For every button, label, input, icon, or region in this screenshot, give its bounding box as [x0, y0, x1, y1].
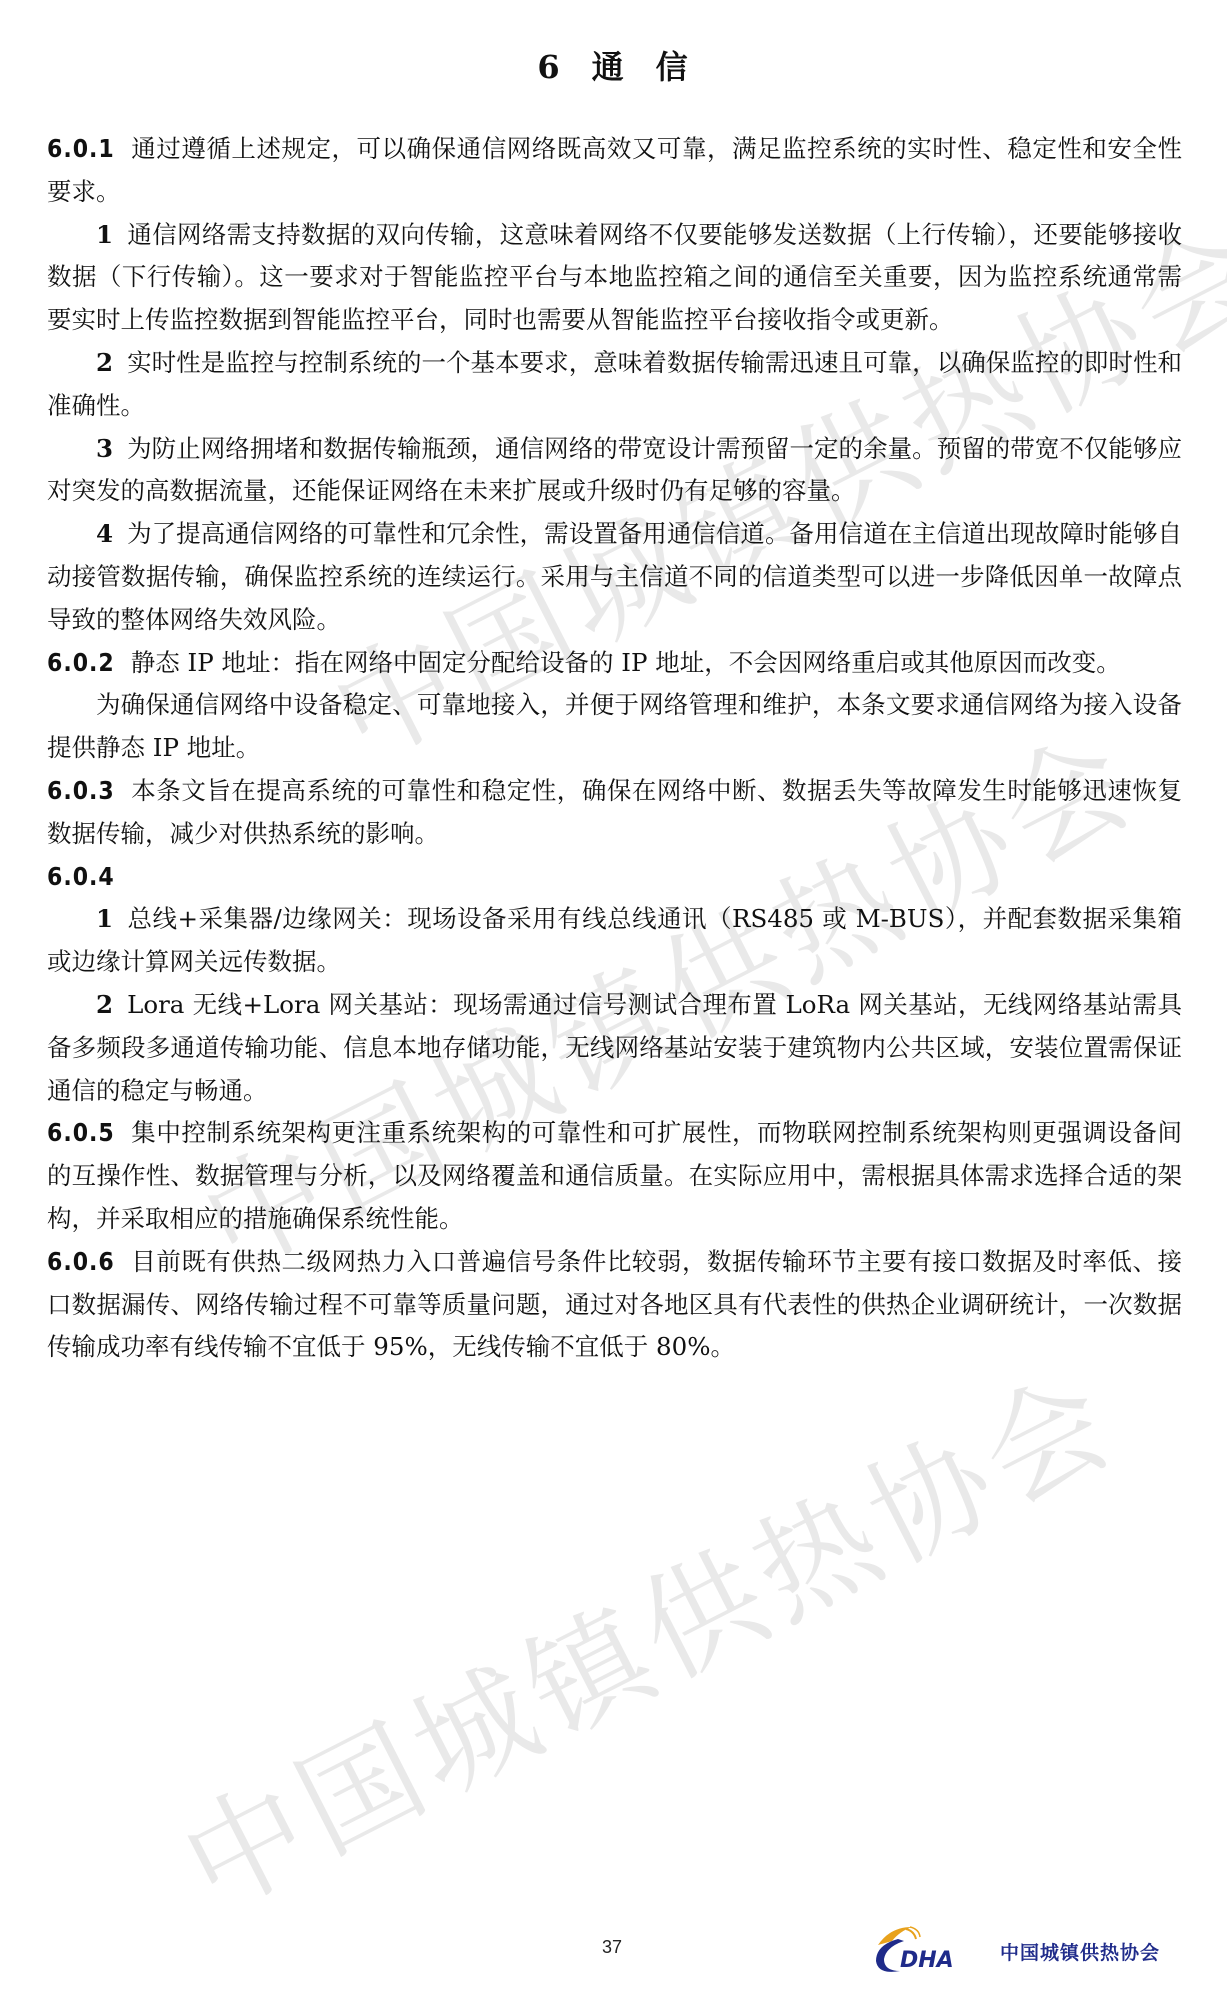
list-item: 4为了提高通信网络的可靠性和冗余性，需设置备用通信信道。备用信道在主信道出现故障…	[47, 513, 1182, 641]
item-number: 3	[96, 434, 113, 463]
watermark-text: 中国城镇供热协会	[150, 1325, 1140, 1943]
clause-6-0-1: 6.0.1通过遵循上述规定，可以确保通信网络既高效又可靠，满足监控系统的实时性、…	[47, 128, 1182, 214]
clause-text: 通过遵循上述规定，可以确保通信网络既高效又可靠，满足监控系统的实时性、稳定性和安…	[47, 134, 1182, 206]
chapter-title-char: 通	[592, 48, 628, 86]
item-text: Lora 无线+Lora 网关基站：现场需通过信号测试合理布置 LoRa 网关基…	[47, 990, 1182, 1105]
list-item: 3为防止网络拥堵和数据传输瓶颈，通信网络的带宽设计需预留一定的余量。预留的带宽不…	[47, 428, 1182, 514]
item-text: 为了提高通信网络的可靠性和冗余性，需设置备用通信信道。备用信道在主信道出现故障时…	[47, 519, 1182, 634]
clause-paragraph: 为确保通信网络中设备稳定、可靠地接入，并便于网络管理和维护，本条文要求通信网络为…	[47, 684, 1182, 770]
list-item: 1通信网络需支持数据的双向传输，这意味着网络不仅要能够发送数据（上行传输），还要…	[47, 214, 1182, 342]
list-item: 2实时性是监控与控制系统的一个基本要求，意味着数据传输需迅速且可靠，以确保监控的…	[47, 342, 1182, 428]
chapter-title-char: 信	[656, 48, 692, 86]
list-item: 2Lora 无线+Lora 网关基站：现场需通过信号测试合理布置 LoRa 网关…	[47, 984, 1182, 1112]
page-footer: 37 DHA 中国城镇供热协会	[0, 1935, 1227, 1985]
clause-6-0-2: 6.0.2静态 IP 地址：指在网络中固定分配给设备的 IP 地址，不会因网络重…	[47, 642, 1182, 685]
clause-text: 静态 IP 地址：指在网络中固定分配给设备的 IP 地址，不会因网络重启或其他原…	[131, 648, 1121, 677]
chapter-body: 6.0.1通过遵循上述规定，可以确保通信网络既高效又可靠，满足监控系统的实时性、…	[47, 128, 1182, 1369]
item-text: 为防止网络拥堵和数据传输瓶颈，通信网络的带宽设计需预留一定的余量。预留的带宽不仅…	[47, 434, 1182, 506]
clause-text: 目前既有供热二级网热力入口普遍信号条件比较弱，数据传输环节主要有接口数据及时率低…	[47, 1247, 1182, 1362]
clause-number: 6.0.4	[47, 862, 115, 891]
item-number: 2	[96, 348, 113, 377]
clause-6-0-6: 6.0.6目前既有供热二级网热力入口普遍信号条件比较弱，数据传输环节主要有接口数…	[47, 1241, 1182, 1369]
svg-text:DHA: DHA	[900, 1948, 954, 1973]
clause-6-0-3: 6.0.3本条文旨在提高系统的可靠性和稳定性，确保在网络中断、数据丢失等故障发生…	[47, 770, 1182, 856]
item-number: 1	[96, 904, 113, 933]
item-text: 实时性是监控与控制系统的一个基本要求，意味着数据传输需迅速且可靠，以确保监控的即…	[47, 348, 1182, 420]
clause-text: 本条文旨在提高系统的可靠性和稳定性，确保在网络中断、数据丢失等故障发生时能够迅速…	[47, 776, 1182, 848]
clause-number: 6.0.1	[47, 134, 115, 163]
item-number: 4	[96, 519, 113, 548]
item-number: 2	[96, 990, 113, 1019]
item-text: 通信网络需支持数据的双向传输，这意味着网络不仅要能够发送数据（上行传输），还要能…	[47, 220, 1182, 335]
clause-number: 6.0.3	[47, 776, 115, 805]
clause-6-0-4: 6.0.4	[47, 856, 1182, 899]
chapter-number: 6	[537, 48, 563, 86]
clause-number: 6.0.2	[47, 648, 115, 677]
item-text: 总线+采集器/边缘网关：现场设备采用有线总线通讯（RS485 或 M-BUS），…	[47, 904, 1182, 976]
list-item: 1总线+采集器/边缘网关：现场设备采用有线总线通讯（RS485 或 M-BUS）…	[47, 898, 1182, 984]
clause-6-0-5: 6.0.5集中控制系统架构更注重系统架构的可靠性和可扩展性，而物联网控制系统架构…	[47, 1112, 1182, 1240]
page-number: 37	[602, 1937, 622, 1958]
clause-text: 集中控制系统架构更注重系统架构的可靠性和可扩展性，而物联网控制系统架构则更强调设…	[47, 1118, 1182, 1233]
clause-number: 6.0.6	[47, 1247, 115, 1276]
org-logo: DHA 中国城镇供热协会	[870, 1925, 1160, 1977]
org-name: 中国城镇供热协会	[1000, 1938, 1160, 1965]
item-number: 1	[96, 220, 113, 249]
cdha-logo-icon: DHA	[870, 1925, 990, 1977]
clause-number: 6.0.5	[47, 1118, 115, 1147]
chapter-title: 6通信	[47, 42, 1182, 88]
